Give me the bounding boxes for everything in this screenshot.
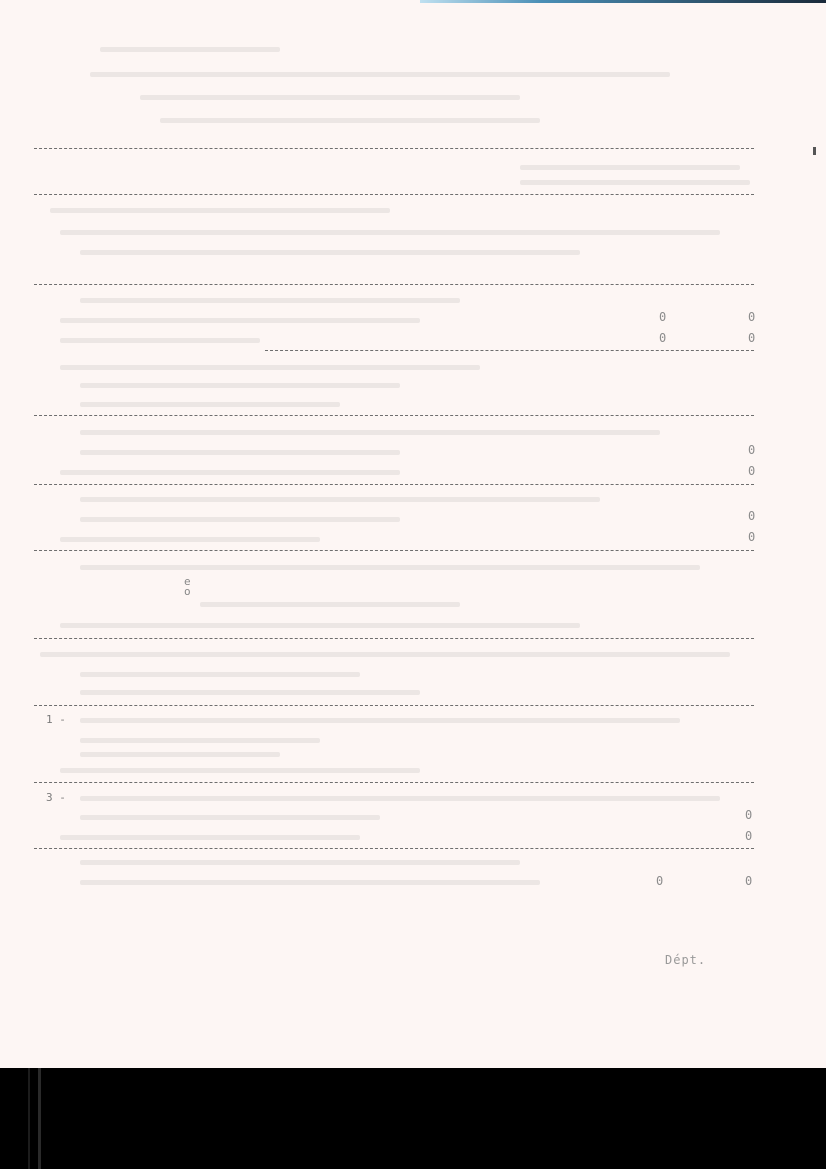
divider <box>34 484 754 485</box>
value-cell: 0 <box>659 310 666 324</box>
divider <box>265 350 754 351</box>
divider <box>34 782 754 783</box>
body-text-line <box>80 690 420 695</box>
body-text-line <box>80 672 360 677</box>
scan-speck <box>813 147 816 155</box>
divider <box>34 705 754 706</box>
header-text-line <box>160 118 540 123</box>
body-text-line <box>80 752 280 757</box>
body-text-line <box>80 250 580 255</box>
scanner-background <box>0 1068 826 1169</box>
body-text-line <box>80 298 460 303</box>
value-cell: 0 <box>748 464 755 478</box>
body-text-line <box>60 537 320 542</box>
body-text-line <box>40 652 730 657</box>
body-text-line <box>80 880 540 885</box>
divider <box>34 848 754 849</box>
divider <box>34 284 754 285</box>
section-marker: 3 - <box>46 791 66 804</box>
body-text-line <box>80 718 680 723</box>
body-text-line <box>60 835 360 840</box>
body-text-line <box>60 230 720 235</box>
scanned-page: 0 0 0 0 0 0 0 0 e o 1 - 3 - 0 0 0 0 Dépt… <box>0 0 826 1068</box>
body-text-line <box>60 318 420 323</box>
ordinal-marker-bottom: o <box>184 587 191 597</box>
body-text-line <box>80 383 400 388</box>
value-cell: 0 <box>748 443 755 457</box>
body-text-line <box>80 796 720 801</box>
divider <box>34 194 754 195</box>
divider <box>34 550 754 551</box>
body-text-line <box>60 768 420 773</box>
value-cell: 0 <box>745 874 752 888</box>
department-label: Dépt. <box>665 953 706 967</box>
scan-edge <box>420 0 826 3</box>
body-text-line <box>80 450 400 455</box>
scanner-edge-line <box>28 1068 30 1169</box>
body-text-line <box>80 860 520 865</box>
body-text-line <box>60 365 480 370</box>
column-header-text <box>520 165 740 170</box>
body-text-line <box>80 815 380 820</box>
value-cell: 0 <box>745 829 752 843</box>
body-text-line <box>80 517 400 522</box>
body-text-line <box>80 497 600 502</box>
value-cell: 0 <box>748 530 755 544</box>
divider <box>34 415 754 416</box>
body-text-line <box>80 430 660 435</box>
value-cell: 0 <box>748 310 755 324</box>
header-text-line <box>90 72 670 77</box>
body-text-line <box>80 565 700 570</box>
value-cell: 0 <box>748 331 755 345</box>
ordinal-marker: e o <box>184 577 191 597</box>
body-text-line <box>80 402 340 407</box>
value-cell: 0 <box>745 808 752 822</box>
value-cell: 0 <box>748 509 755 523</box>
value-cell: 0 <box>659 331 666 345</box>
body-text-line <box>60 623 580 628</box>
body-text-line <box>60 338 260 343</box>
body-text-line <box>60 470 400 475</box>
body-text-line <box>50 208 390 213</box>
header-text-line <box>140 95 520 100</box>
column-header-text <box>520 180 750 185</box>
scanner-edge-line <box>38 1068 41 1169</box>
header-text-line <box>100 47 280 52</box>
divider <box>34 148 754 149</box>
value-cell: 0 <box>656 874 663 888</box>
divider <box>34 638 754 639</box>
body-text-line <box>200 602 460 607</box>
section-marker: 1 - <box>46 713 66 726</box>
body-text-line <box>80 738 320 743</box>
